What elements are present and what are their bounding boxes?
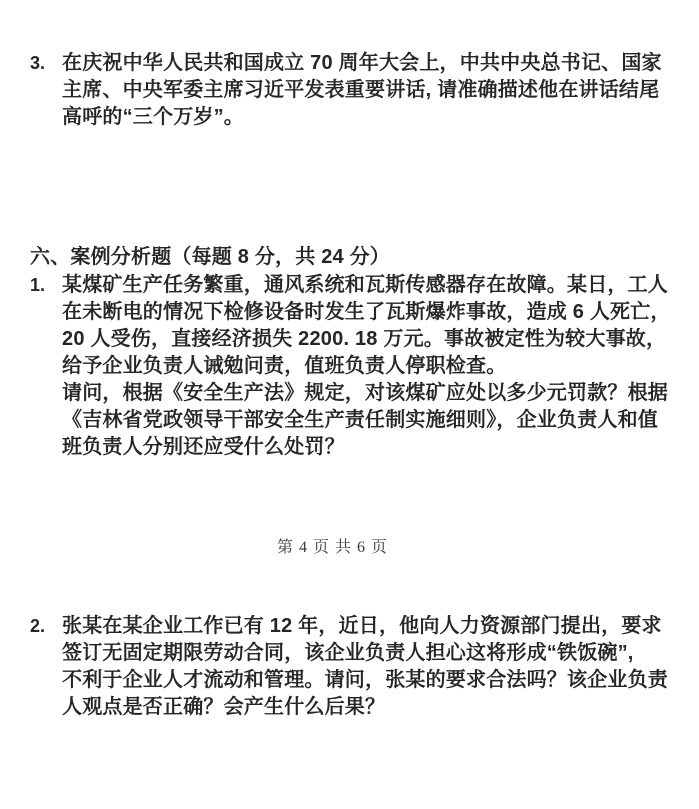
question-line: 给予企业负责人诫勉问责，值班负责人停职检查。 [62, 353, 671, 380]
case-item-1: 1. 某煤矿生产任务繁重，通风系统和瓦斯传感器存在故障。某日，工人 在未断电的情… [30, 272, 671, 461]
question-text: 张某在某企业工作已有 12 年，近日，他向人力资源部门提出，要求 签订无固定期限… [62, 613, 668, 721]
question-line: 不利于企业人才流动和管理。请问，张某的要求合法吗？该企业负责 [62, 667, 668, 694]
question-line: 班负责人分别还应受什么处罚？ [62, 434, 671, 461]
question-line: 人观点是否正确？会产生什么后果？ [62, 694, 668, 721]
question-number: 1. [30, 272, 62, 299]
document-page: 3. 在庆祝中华人民共和国成立 70 周年大会上，中共中央总书记、国家 主席、中… [0, 0, 699, 809]
question-line: 在庆祝中华人民共和国成立 70 周年大会上，中共中央总书记、国家 [62, 50, 662, 77]
question-number: 2. [30, 613, 62, 640]
page-footer: 第 4 页 共 6 页 [277, 537, 388, 559]
question-line: 高呼的“三个万岁”。 [62, 104, 662, 131]
section-header: 六、案例分析题（每题 8 分，共 24 分） [30, 244, 390, 271]
question-line: 主席、中央军委主席习近平发表重要讲话, 请准确描述他在讲话结尾 [62, 77, 662, 104]
question-number: 3. [30, 50, 62, 77]
question-line: 签订无固定期限劳动合同，该企业负责人担心这将形成“铁饭碗”, [62, 640, 668, 667]
question-line: 某煤矿生产任务繁重，通风系统和瓦斯传感器存在故障。某日，工人 [62, 272, 671, 299]
question-line: 在未断电的情况下检修设备时发生了瓦斯爆炸事故，造成 6 人死亡， [62, 299, 671, 326]
question-line: 请问，根据《安全生产法》规定，对该煤矿应处以多少元罚款？根据 [62, 380, 671, 407]
question-line: 20 人受伤，直接经济损失 2200. 18 万元。事故被定性为较大事故， [62, 326, 671, 353]
question-line: 《吉林省党政领导干部安全生产责任制实施细则》，企业负责人和值 [62, 407, 671, 434]
question-line: 张某在某企业工作已有 12 年，近日，他向人力资源部门提出，要求 [62, 613, 668, 640]
question-text: 某煤矿生产任务繁重，通风系统和瓦斯传感器存在故障。某日，工人 在未断电的情况下检… [62, 272, 671, 461]
question-item-3: 3. 在庆祝中华人民共和国成立 70 周年大会上，中共中央总书记、国家 主席、中… [30, 50, 662, 131]
question-text: 在庆祝中华人民共和国成立 70 周年大会上，中共中央总书记、国家 主席、中央军委… [62, 50, 662, 131]
case-item-2: 2. 张某在某企业工作已有 12 年，近日，他向人力资源部门提出，要求 签订无固… [30, 613, 668, 721]
